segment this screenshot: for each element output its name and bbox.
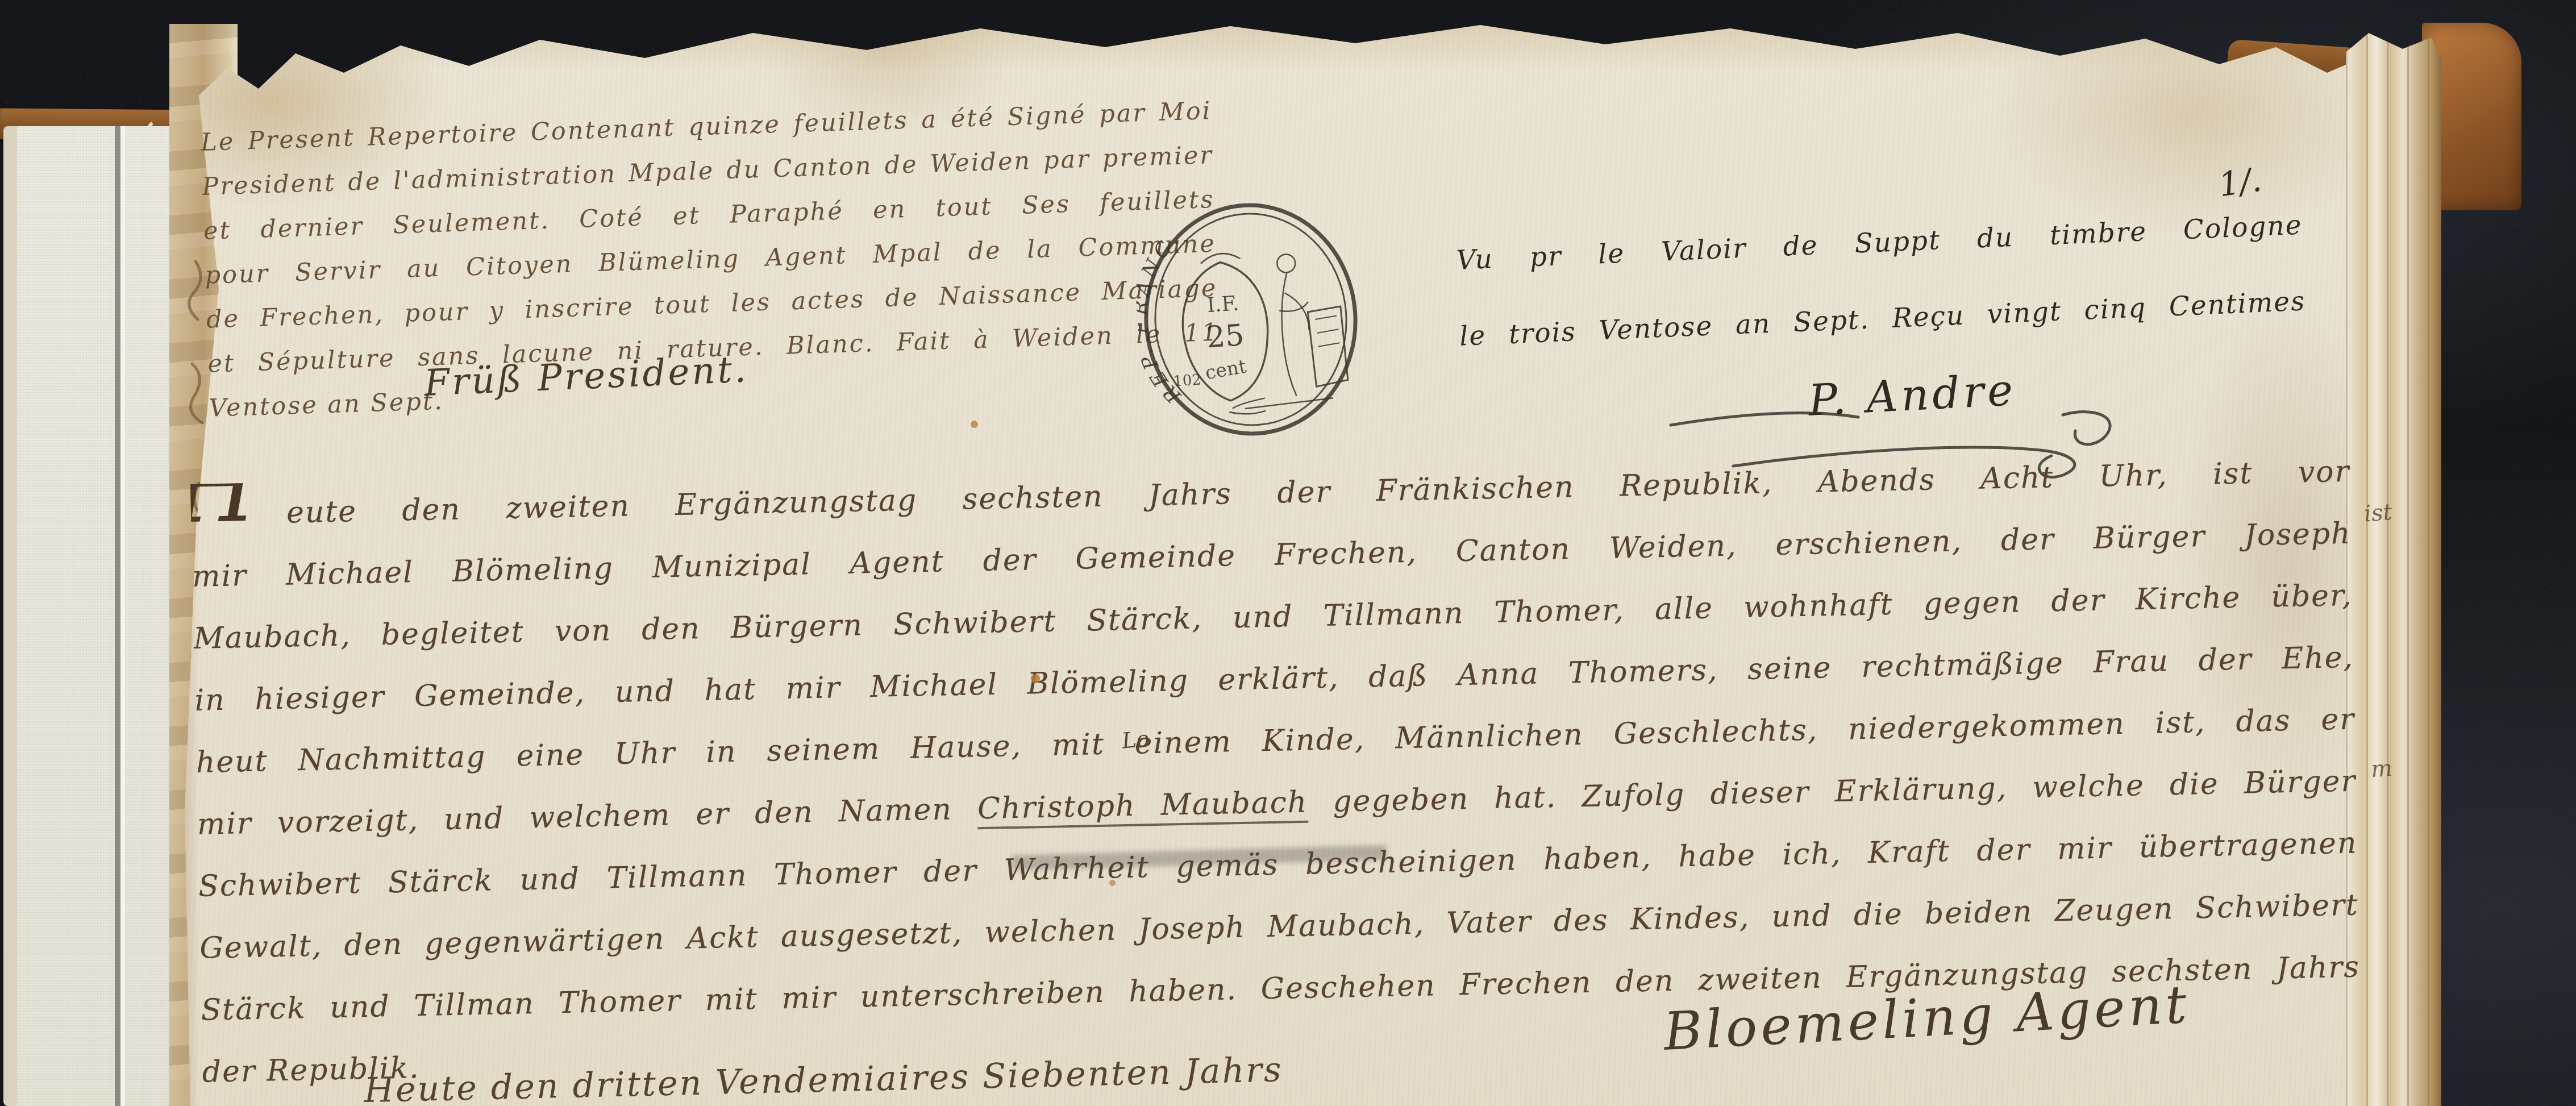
act-line-segment: mir vorzeigt, und welchem er den Namen xyxy=(197,792,977,842)
stamp-plate-number: 102 xyxy=(1172,371,1202,390)
act-line-segment: gegeben hat. Zufolg dieser Erklärung, we… xyxy=(1308,764,2357,820)
stamp-shield-unit: cent xyxy=(1204,355,1248,384)
photograph-canvas: 1/. Le Present Repertoire Contenant quin… xyxy=(0,0,2576,1106)
fox-spot xyxy=(1109,880,1116,886)
stamp-shield-top: I.F. xyxy=(1206,292,1239,317)
child-name: Christoph Maubach xyxy=(977,785,1308,830)
revenue-stamp: REP. FRANC. I.F. 25 cent 102 xyxy=(1130,190,1372,449)
binding-cloth-strip xyxy=(3,126,175,1106)
stamp-shield-value: 25 xyxy=(1205,318,1245,355)
margin-ink-fragment: ist xyxy=(2363,499,2392,527)
margin-ink-fragment: m xyxy=(2370,755,2393,783)
interlinear-insertion: Lo xyxy=(1121,726,1150,754)
fox-spot xyxy=(1031,674,1040,683)
stacked-page-edges xyxy=(2346,33,2441,1106)
fox-spot xyxy=(971,421,978,428)
